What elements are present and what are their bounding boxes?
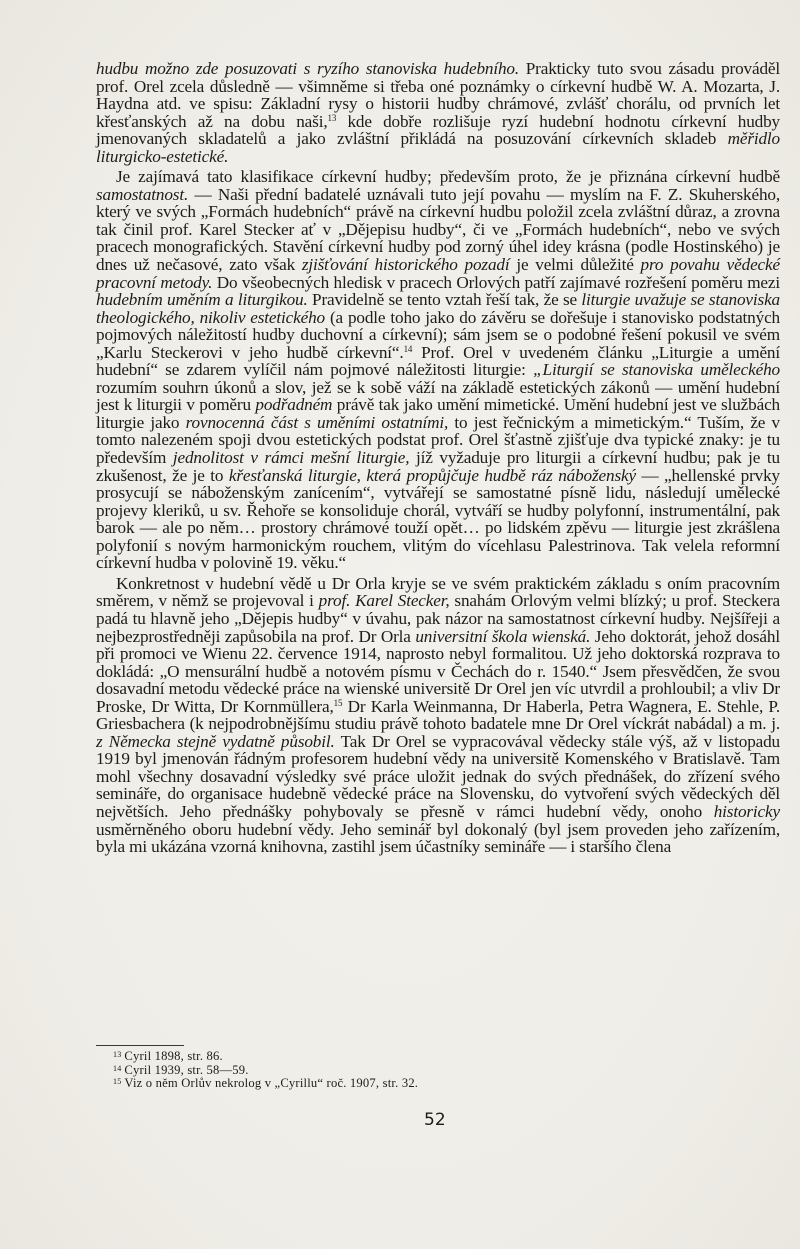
footnote-divider bbox=[96, 1045, 184, 1046]
emphasis-text: universitní škola wienská. bbox=[415, 627, 590, 646]
emphasis-text: z Německa stejně vydatně působil. bbox=[96, 732, 335, 751]
body-text-run: Pravidelně se tento vztah řeší tak, že s… bbox=[308, 290, 582, 309]
body-text-run: Je zajímavá tato klasifikace církevní hu… bbox=[116, 167, 780, 186]
emphasis-text: hudebním uměním a liturgikou. bbox=[96, 290, 308, 309]
footnote-13: 13Cyril 1898, str. 86. bbox=[113, 1050, 418, 1064]
page-number: 52 bbox=[424, 1110, 446, 1130]
paragraph: Konkretnost v hudební vědě u Dr Orla kry… bbox=[96, 575, 780, 856]
emphasis-text: prof. Karel Stecker, bbox=[319, 591, 450, 610]
paragraph: Je zajímavá tato klasifikace církevní hu… bbox=[96, 168, 780, 572]
footnote-reference: 14 bbox=[404, 344, 413, 354]
footnote-reference: 13 bbox=[327, 113, 336, 123]
footnotes: 13Cyril 1898, str. 86. 14Cyril 1939, str… bbox=[113, 1050, 418, 1091]
emphasis-text: rovnocenná část s uměními ostatními, bbox=[186, 413, 449, 432]
body-text: hudbu možno zde posuzovati s ryzího stan… bbox=[96, 60, 780, 856]
body-text-run: usměrněného oboru hudební vědy. Jeho sem… bbox=[96, 820, 780, 857]
paragraph: hudbu možno zde posuzovati s ryzího stan… bbox=[96, 60, 780, 165]
emphasis-text: samostatnost. bbox=[96, 185, 188, 204]
emphasis-text: hudbu možno zde posuzovati s ryzího stan… bbox=[96, 59, 519, 78]
footnote-text: Cyril 1939, str. 58—59. bbox=[124, 1063, 248, 1077]
footnote-14: 14Cyril 1939, str. 58—59. bbox=[113, 1064, 418, 1078]
emphasis-text: křesťanská liturgie, která propůjčuje hu… bbox=[229, 466, 636, 485]
emphasis-text: historicky bbox=[714, 802, 780, 821]
scanned-page: hudbu možno zde posuzovati s ryzího stan… bbox=[0, 0, 800, 1249]
emphasis-text: zjišťování historického pozadí bbox=[302, 255, 510, 274]
footnote-text: Cyril 1898, str. 86. bbox=[124, 1049, 222, 1063]
footnote-15: 15Viz o něm Orlův nekrolog v „Cyrillu“ r… bbox=[113, 1077, 418, 1091]
emphasis-text: „Liturgií se stanoviska uměleckého bbox=[533, 360, 780, 379]
footnote-number: 15 bbox=[113, 1077, 121, 1086]
emphasis-text: jednolitost v rámci mešní liturgie, bbox=[173, 448, 410, 467]
footnote-number: 13 bbox=[113, 1050, 121, 1059]
emphasis-text: podřadném bbox=[255, 395, 332, 414]
body-text-run: je velmi důležité bbox=[509, 255, 640, 274]
body-text-run: Do všeobecných hledisk v pracech Orlovýc… bbox=[212, 273, 780, 292]
footnote-text: Viz o něm Orlův nekrolog v „Cyrillu“ roč… bbox=[124, 1076, 418, 1090]
footnote-number: 14 bbox=[113, 1064, 121, 1073]
